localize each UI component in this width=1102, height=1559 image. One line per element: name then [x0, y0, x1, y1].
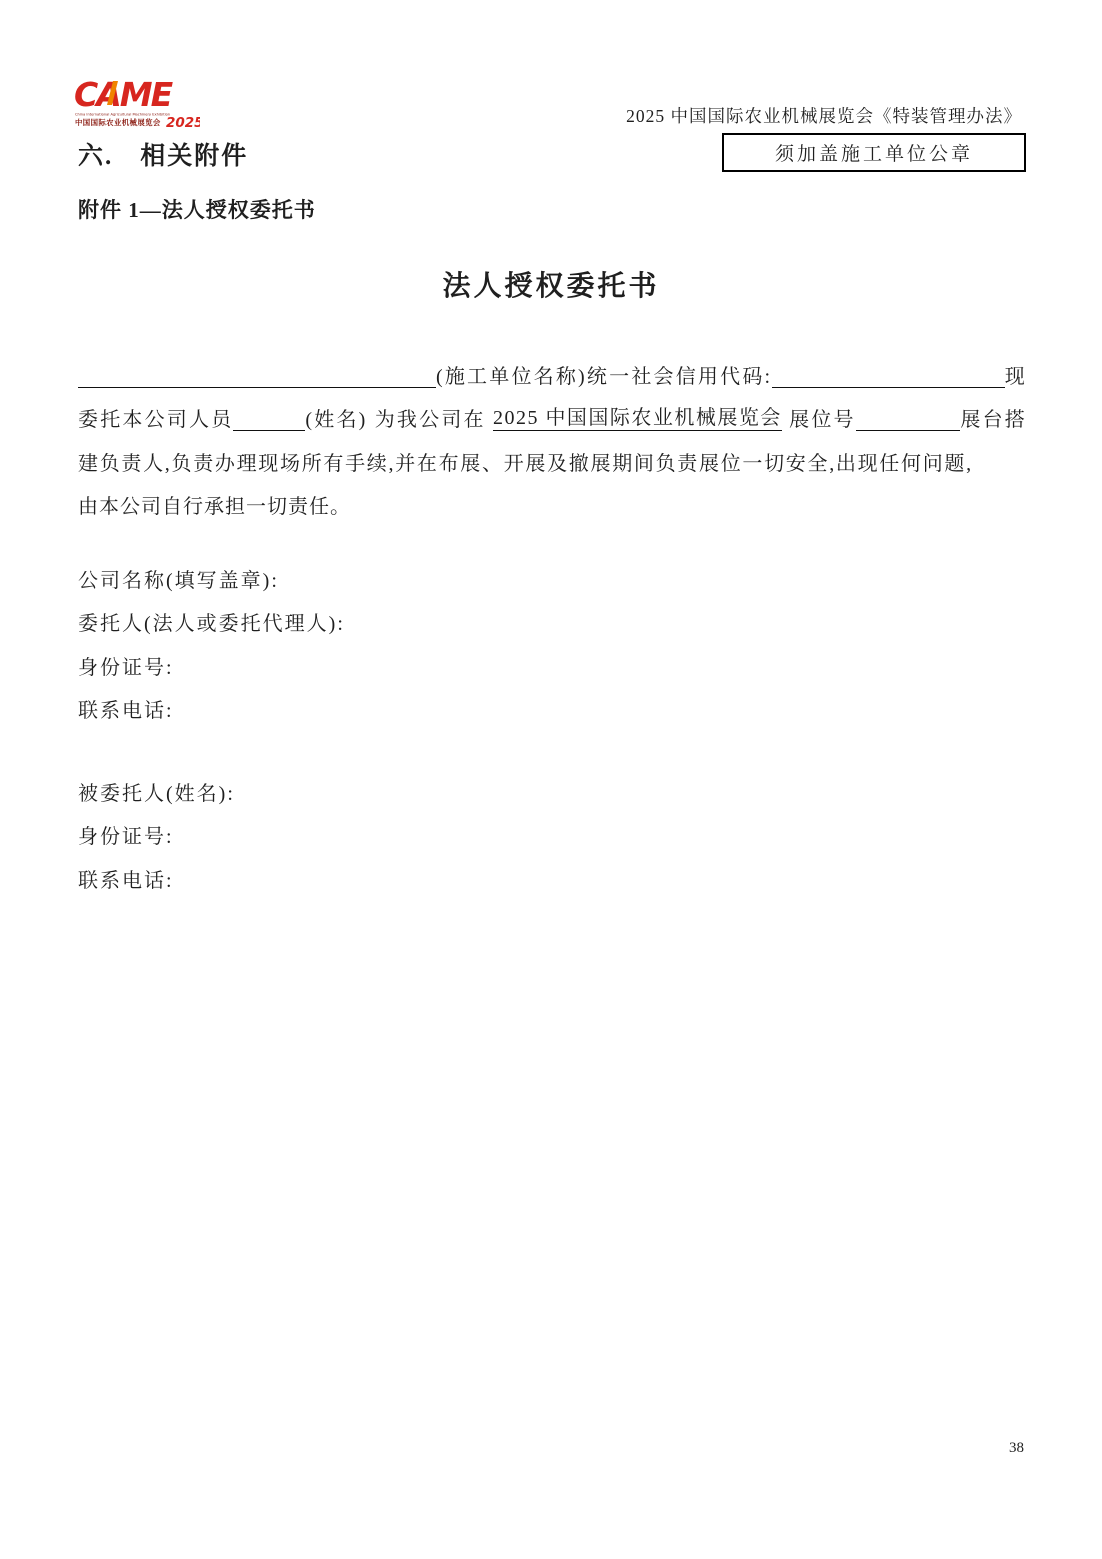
exhibition-name-underlined: 2025 中国国际农业机械展览会: [493, 401, 782, 431]
authorization-letter-title: 法人授权委托书: [0, 264, 1102, 304]
principal-field: 委托人(法人或委托代理人):: [78, 593, 345, 637]
paragraph-line2-mid: (姓名) 为我公司在: [305, 403, 493, 432]
blank-person-name: [233, 406, 305, 431]
agent-phone-field: 联系电话:: [78, 849, 235, 893]
stamp-requirement-text: 须加盖施工单位公章: [775, 139, 973, 166]
came-logo-graphic: CAME China International Agricultural Ma…: [74, 76, 200, 132]
paragraph-line2-tail: 展台搭: [960, 403, 1027, 432]
stamp-requirement-box: 须加盖施工单位公章: [722, 133, 1026, 172]
attachment-heading: 附件 1—法人授权委托书: [78, 194, 316, 224]
company-name-field: 公司名称(填写盖章):: [78, 549, 345, 593]
paragraph-line4-text: 由本公司自行承担一切责任。: [78, 490, 351, 519]
paragraph-line-1: (施工单位名称)统一社会信用代码: 现: [78, 345, 1027, 389]
booth-number-label: 展位号: [782, 403, 856, 432]
principal-phone-field: 联系电话:: [78, 680, 345, 724]
document-page: CAME China International Agricultural Ma…: [0, 0, 1102, 1559]
authorization-paragraph: (施工单位名称)统一社会信用代码: 现 委托本公司人员 (姓名) 为我公司在 2…: [78, 345, 1027, 519]
document-header-title: 2025 中国国际农业机械展览会《特装管理办法》: [626, 103, 1022, 128]
principal-fields: 公司名称(填写盖章): 委托人(法人或委托代理人): 身份证号: 联系电话:: [78, 549, 345, 723]
principal-id-field: 身份证号:: [78, 636, 345, 680]
entrust-person-label: 委托本公司人员: [78, 403, 233, 432]
blank-credit-code: [772, 363, 1005, 388]
came-logo: CAME China International Agricultural Ma…: [74, 76, 200, 132]
company-credit-code-label: (施工单位名称)统一社会信用代码:: [436, 360, 772, 389]
page-number: 38: [1009, 1440, 1024, 1457]
came-logo-chinese-text: 中国国际农业机械展览会: [75, 118, 161, 127]
paragraph-line-3: 建负责人,负责办理现场所有手续,并在布展、开展及撤展期间负责展位一切安全,出现任…: [78, 432, 1027, 476]
section-heading: 六. 相关附件: [78, 136, 248, 172]
paragraph-line-2: 委托本公司人员 (姓名) 为我公司在 2025 中国国际农业机械展览会 展位号 …: [78, 389, 1027, 433]
paragraph-line1-tail: 现: [1005, 360, 1027, 389]
blank-booth-number: [856, 406, 961, 431]
came-logo-english-text: China International Agricultural Machine…: [75, 113, 170, 117]
came-logo-letters: CAME: [74, 76, 174, 114]
came-logo-year: 2025: [166, 115, 200, 131]
agent-name-field: 被委托人(姓名):: [78, 762, 235, 806]
agent-fields: 被委托人(姓名): 身份证号: 联系电话:: [78, 762, 235, 893]
agent-id-field: 身份证号:: [78, 806, 235, 850]
blank-construction-company-name: [78, 363, 436, 388]
paragraph-line-4: 由本公司自行承担一切责任。: [78, 476, 1027, 520]
paragraph-line3-text: 建负责人,负责办理现场所有手续,并在布展、开展及撤展期间负责展位一切安全,出现任…: [78, 447, 973, 476]
